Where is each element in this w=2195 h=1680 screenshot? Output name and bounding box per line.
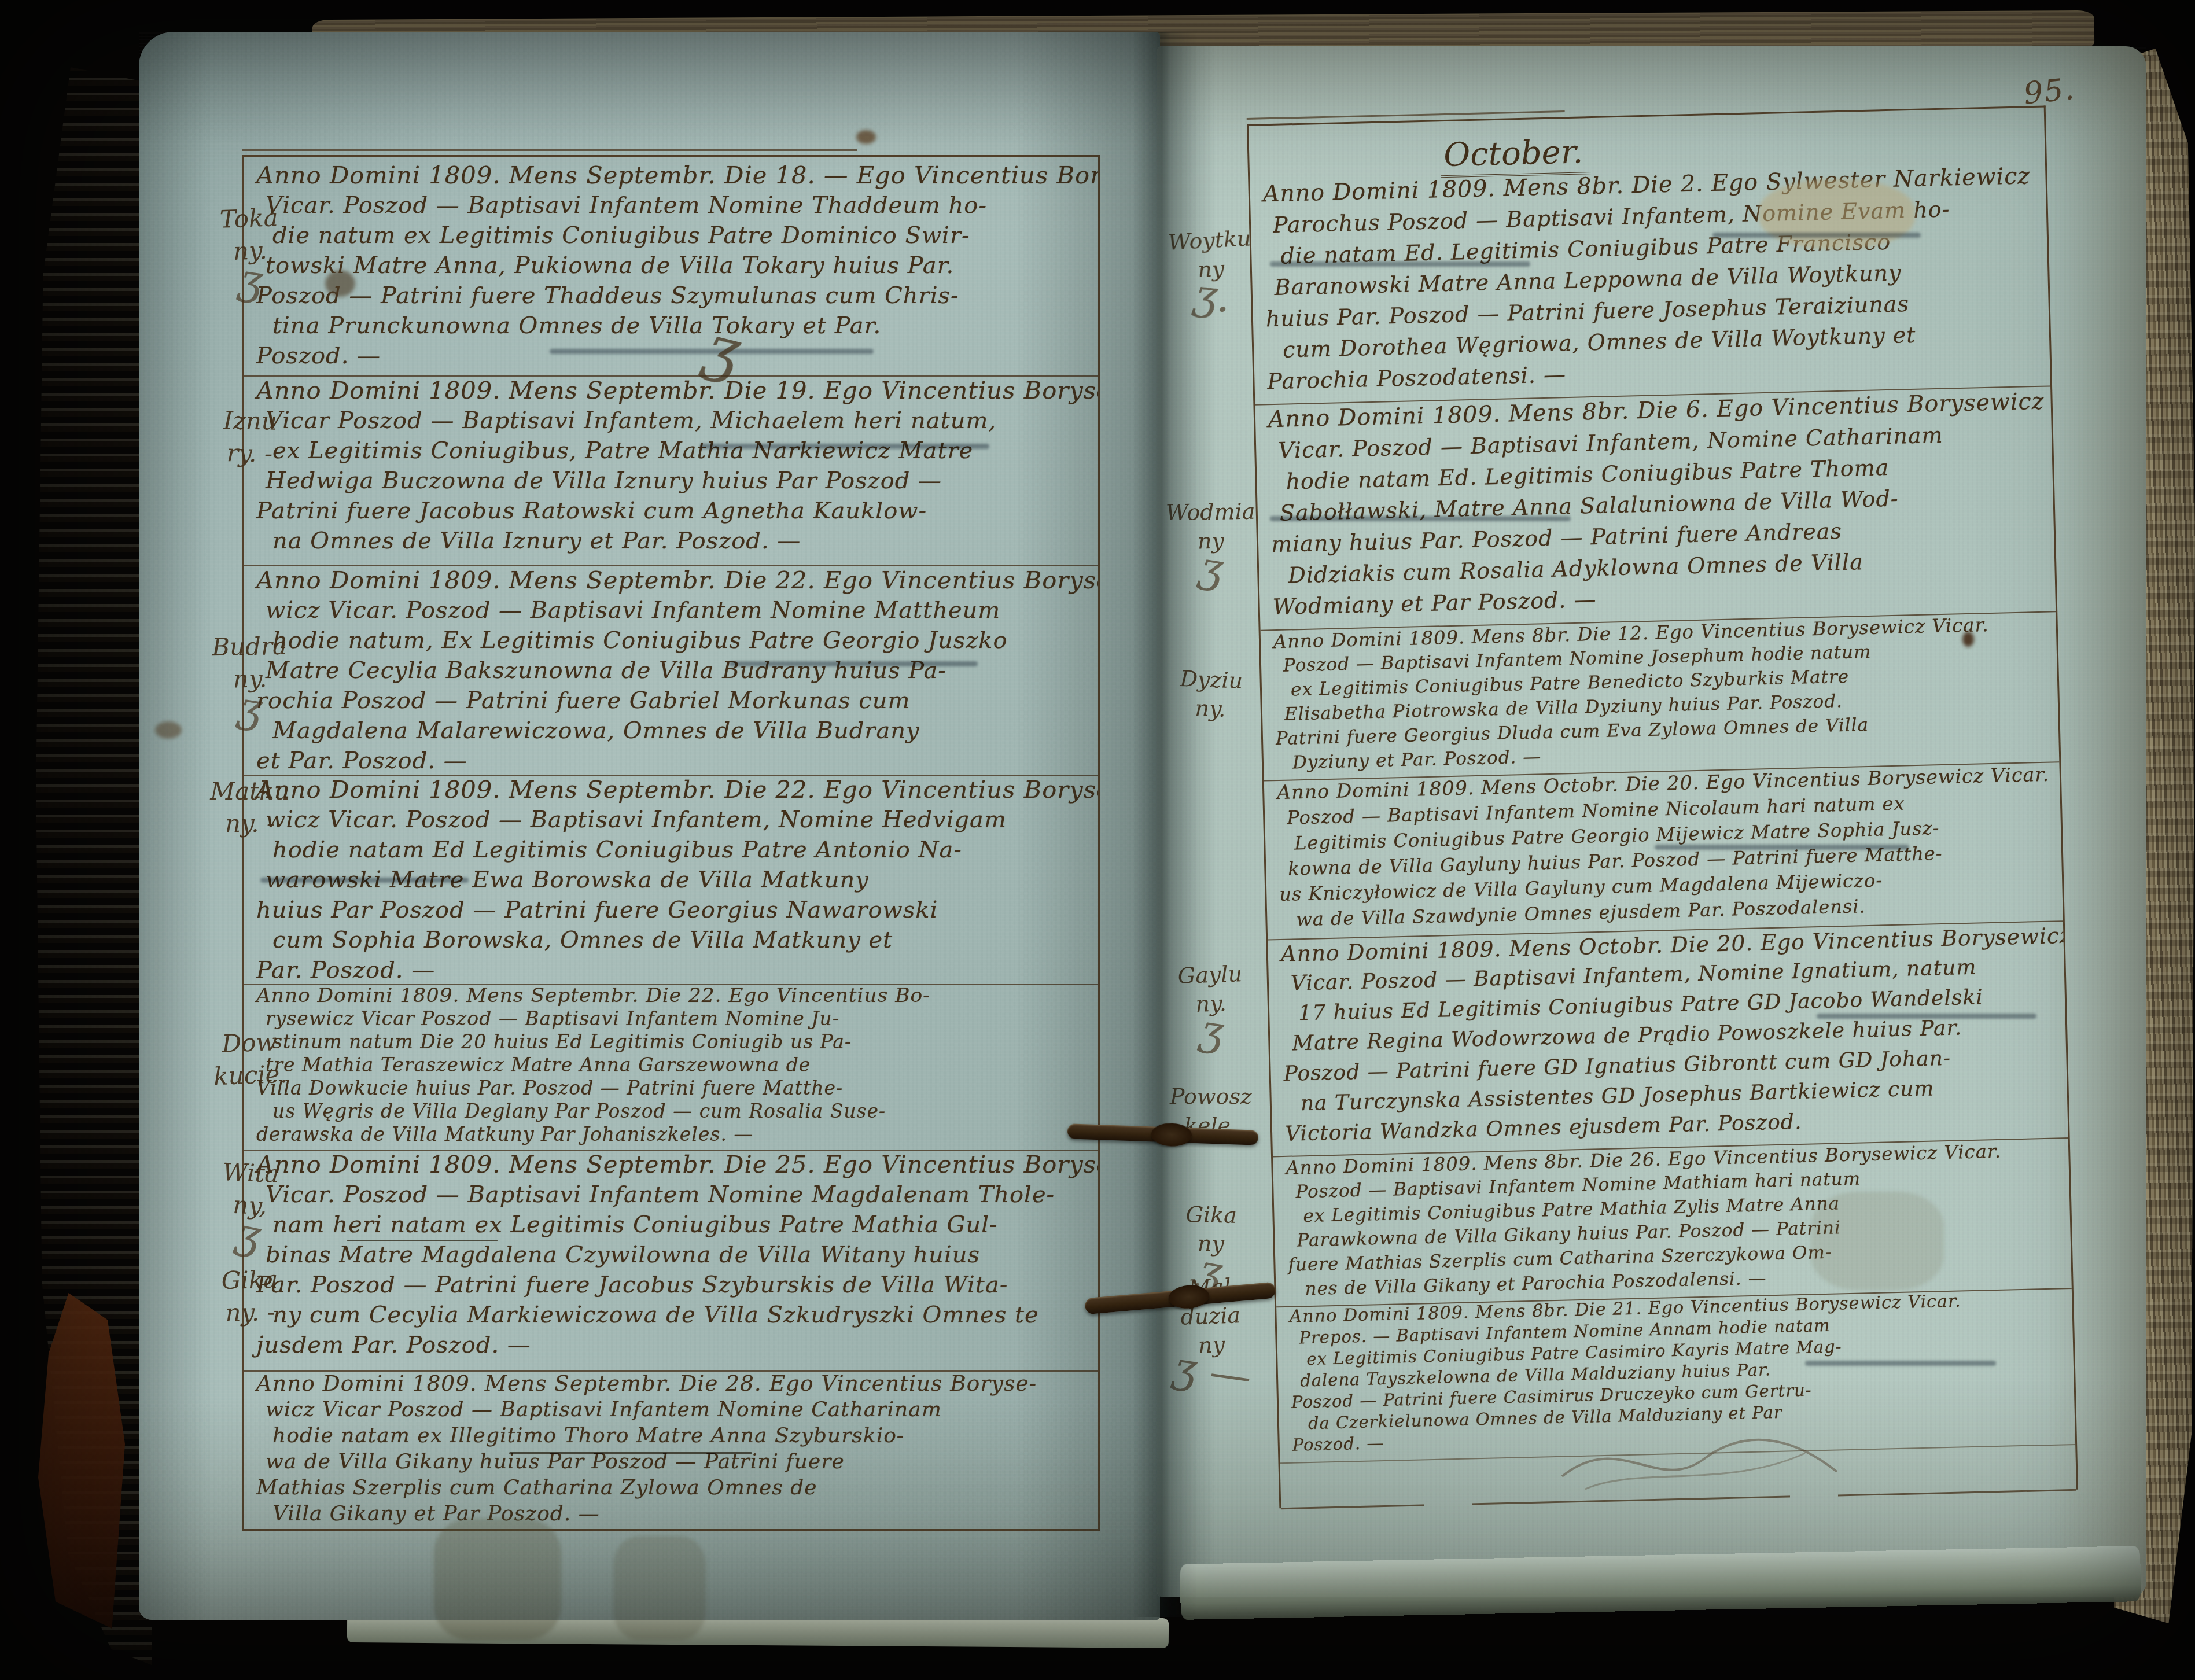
entry-line: Vicar. Poszod — Baptisavi Infantem Nomin… xyxy=(266,190,1093,220)
manuscript-photo: Anno Domini 1809. Mens Septembr. Die 18.… xyxy=(0,0,2195,1680)
register-entry: Anno Domini 1809. Mens Septembr. Die 19.… xyxy=(244,372,1098,566)
register-entry: Anno Domini 1809. Mens Septembr. Die 25.… xyxy=(244,1146,1098,1372)
register-entry: Anno Domini 1809. Mens Octobr. Die 20. E… xyxy=(1264,758,2063,940)
margin-place-label: Budrany.ʒ xyxy=(163,629,338,721)
margin-label-line: Gika xyxy=(163,1262,337,1298)
entry-line: rochia Poszod — Patrini fuere Gabriel Mo… xyxy=(256,686,1093,716)
right-page: 95. October. Anno Domini 1809. Mens 8br.… xyxy=(1157,46,2146,1597)
entry-line: Anno Domini 1809. Mens Septembr. Die 22.… xyxy=(256,565,1093,595)
entry-line: rysewicz Vicar Poszod — Baptisavi Infant… xyxy=(266,1007,1093,1030)
entry-line: wicz Vicar Poszod — Baptisavi Infantem N… xyxy=(266,1397,1093,1423)
entry-line: binas Matre Magdalena Czywilowna de Vill… xyxy=(266,1240,1093,1270)
entry-line: Hedwiga Buczowna de Villa Iznury huius P… xyxy=(266,466,1093,496)
entry-line: Anno Domini 1809. Mens Septembr. Die 19.… xyxy=(256,375,1093,406)
entry-line: hodie natum, Ex Legitimis Coniugibus Pat… xyxy=(272,625,1093,655)
entry-line: tre Mathia Teraszewicz Matre Anna Garsze… xyxy=(266,1053,1093,1077)
margin-label-line: Gaylu xyxy=(1149,958,1272,991)
register-entry: Anno Domini 1809. Mens Septembr. Die 18.… xyxy=(244,157,1098,377)
entry-line: Poszod. — xyxy=(256,341,1093,371)
margin-place-label: Matkuny. - xyxy=(163,775,337,840)
margin-label-line: Matku xyxy=(163,775,337,808)
margin-label-line: Wodmia xyxy=(1150,496,1272,528)
entry-line: Anno Domini 1809. Mens Septembr. Die 22.… xyxy=(256,775,1093,805)
entry-line: wicz Vicar. Poszod — Baptisavi Infantem,… xyxy=(266,805,1093,835)
margin-place-label: Dyziuny. xyxy=(1149,663,1272,725)
entry-line: huius Par Poszod — Patrini fuere Georgiu… xyxy=(256,895,1093,925)
register-entry: Anno Domini 1809. Mens 8br. Die 2. Ego S… xyxy=(1250,157,2050,406)
left-page: Anno Domini 1809. Mens Septembr. Die 18.… xyxy=(139,32,1160,1620)
entry-line: Villa Gikany et Par Poszod. — xyxy=(272,1501,1093,1527)
register-entry: Anno Domini 1809. Mens 8br. Die 12. Ego … xyxy=(1260,607,2059,781)
entry-line: die natum ex Legitimis Coniugibus Patre … xyxy=(272,220,1093,250)
entry-line: Par. Poszod — Patrini fuere Jacobus Szyb… xyxy=(256,1270,1093,1300)
right-register-table: October. Anno Domini 1809. Mens 8br. Die… xyxy=(1247,105,2078,1508)
entry-line: wicz Vicar. Poszod — Baptisavi Infantem … xyxy=(266,595,1093,625)
entry-line: Patrini fuere Jacobus Ratowski cum Agnet… xyxy=(256,496,1093,526)
margin-label-line: Dyziu xyxy=(1150,663,1273,696)
entry-line: Mathias Szerplis cum Catharina Zylowa Om… xyxy=(256,1475,1093,1501)
entry-line: towski Matre Anna, Pukiowna de Villa Tok… xyxy=(266,250,1093,281)
margin-place-label: Iznury. - xyxy=(163,403,337,471)
margin-label-line: ny. xyxy=(1149,692,1272,725)
margin-label-line: ny. - xyxy=(163,1295,337,1330)
register-entry: Anno Domini 1809. Mens Septembr. Die 28.… xyxy=(244,1367,1098,1532)
margin-place-label: Wodmianyʒ xyxy=(1150,496,1272,581)
entry-line: Anno Domini 1809. Mens Septembr. Die 22.… xyxy=(256,984,1093,1007)
margin-place-label: Gayluny.ʒ xyxy=(1149,958,1273,1044)
margin-label-line: Wita xyxy=(164,1154,338,1192)
entry-line: warowski Matre Ewa Borowska de Villa Mat… xyxy=(266,865,1093,895)
entry-line: jusdem Par. Poszod. — xyxy=(256,1330,1093,1360)
entry-line: derawska de Villa Matkuny Par Johaniszke… xyxy=(256,1123,1093,1146)
entry-line: Villa Dowkucie huius Par. Poszod — Patri… xyxy=(256,1077,1093,1100)
entry-line: na Omnes de Villa Iznury et Par. Poszod.… xyxy=(272,526,1093,556)
entry-line: nam heri natam ex Legitimis Coniugibus P… xyxy=(272,1210,1093,1240)
entry-line: tina Prunckunowna Omnes de Villa Tokary … xyxy=(272,311,1093,341)
register-entry: Anno Domini 1809. Mens Octobr. Die 20. E… xyxy=(1268,917,2068,1157)
register-entry: Anno Domini 1809. Mens 8br. Die 6. Ego V… xyxy=(1255,382,2056,631)
entry-line: hodie natam Ed Legitimis Coniugibus Patr… xyxy=(272,835,1093,865)
entry-line: hodie natam ex Illegitimo Thoro Matre An… xyxy=(272,1423,1093,1449)
month-header: October. xyxy=(1440,133,1592,178)
margin-label-line: Budra xyxy=(163,629,337,664)
margin-label-line: ʒ. xyxy=(1151,276,1275,315)
entry-line: us Węgris de Villa Deglany Par Poszod — … xyxy=(272,1100,1093,1123)
paper-stain xyxy=(155,721,182,739)
margin-label-line: Powosz xyxy=(1150,1082,1272,1111)
pen-scribble xyxy=(1551,1419,1851,1505)
entry-line: Matre Cecylia Bakszunowna de Villa Budra… xyxy=(266,655,1093,686)
margin-label-line: kucie. xyxy=(163,1056,338,1095)
entry-line: Vicar. Poszod — Baptisavi Infantem Nomin… xyxy=(266,1180,1093,1210)
margin-label-line: ry. - xyxy=(163,436,337,471)
entry-line: ex Legitimis Coniugibus, Patre Mathia Na… xyxy=(272,436,1093,466)
margin-place-label: Gikany. - xyxy=(163,1262,337,1330)
entry-line: Poszod — Patrini fuere Thaddeus Szymulun… xyxy=(256,281,1093,311)
entry-line: wa de Villa Gikany huius Par Poszod — Pa… xyxy=(266,1449,1093,1475)
entry-line: cum Sophia Borowska, Omnes de Villa Matk… xyxy=(272,925,1093,955)
margin-label-line: Iznu xyxy=(163,403,337,439)
ink-stain xyxy=(856,130,876,144)
margin-place-label: Dowkucie. xyxy=(162,1024,338,1095)
entry-line: ny cum Cecylia Markiewiczowa de Villa Sz… xyxy=(272,1300,1093,1330)
entry-line: Anno Domini 1809. Mens Septembr. Die 25.… xyxy=(256,1150,1093,1180)
margin-place-label: Woytkunyʒ. xyxy=(1148,223,1273,311)
entry-line: Vicar Poszod — Baptisavi Infantem, Micha… xyxy=(266,406,1093,436)
margin-label-line: Dow xyxy=(162,1024,337,1062)
margin-label-line: Toka xyxy=(161,200,336,238)
entry-line: stinum natum Die 20 huius Ed Legitimis C… xyxy=(272,1030,1093,1053)
register-entry: Anno Domini 1809. Mens 8br. Die 26. Ego … xyxy=(1273,1134,2072,1307)
register-entry: Anno Domini 1809. Mens Septembr. Die 22.… xyxy=(244,981,1098,1151)
left-register-table: Anno Domini 1809. Mens Septembr. Die 18.… xyxy=(242,155,1100,1531)
margin-place-label: Witany,ʒ xyxy=(161,1154,338,1249)
register-entry: Anno Domini 1809. Mens Septembr. Die 22.… xyxy=(244,771,1098,985)
entry-line: Anno Domini 1809. Mens Septembr. Die 18.… xyxy=(256,160,1093,190)
register-entry: Anno Domini 1809. Mens Septembr. Die 22.… xyxy=(244,562,1098,776)
margin-label-line: Gika xyxy=(1150,1199,1272,1230)
margin-label-line: ny. - xyxy=(163,808,337,840)
entry-line: Anno Domini 1809. Mens Septembr. Die 28.… xyxy=(256,1370,1093,1397)
margin-place-label: Tokany.ʒ xyxy=(161,200,338,294)
entry-line: Magdalena Malarewiczowa, Omnes de Villa … xyxy=(272,716,1093,746)
